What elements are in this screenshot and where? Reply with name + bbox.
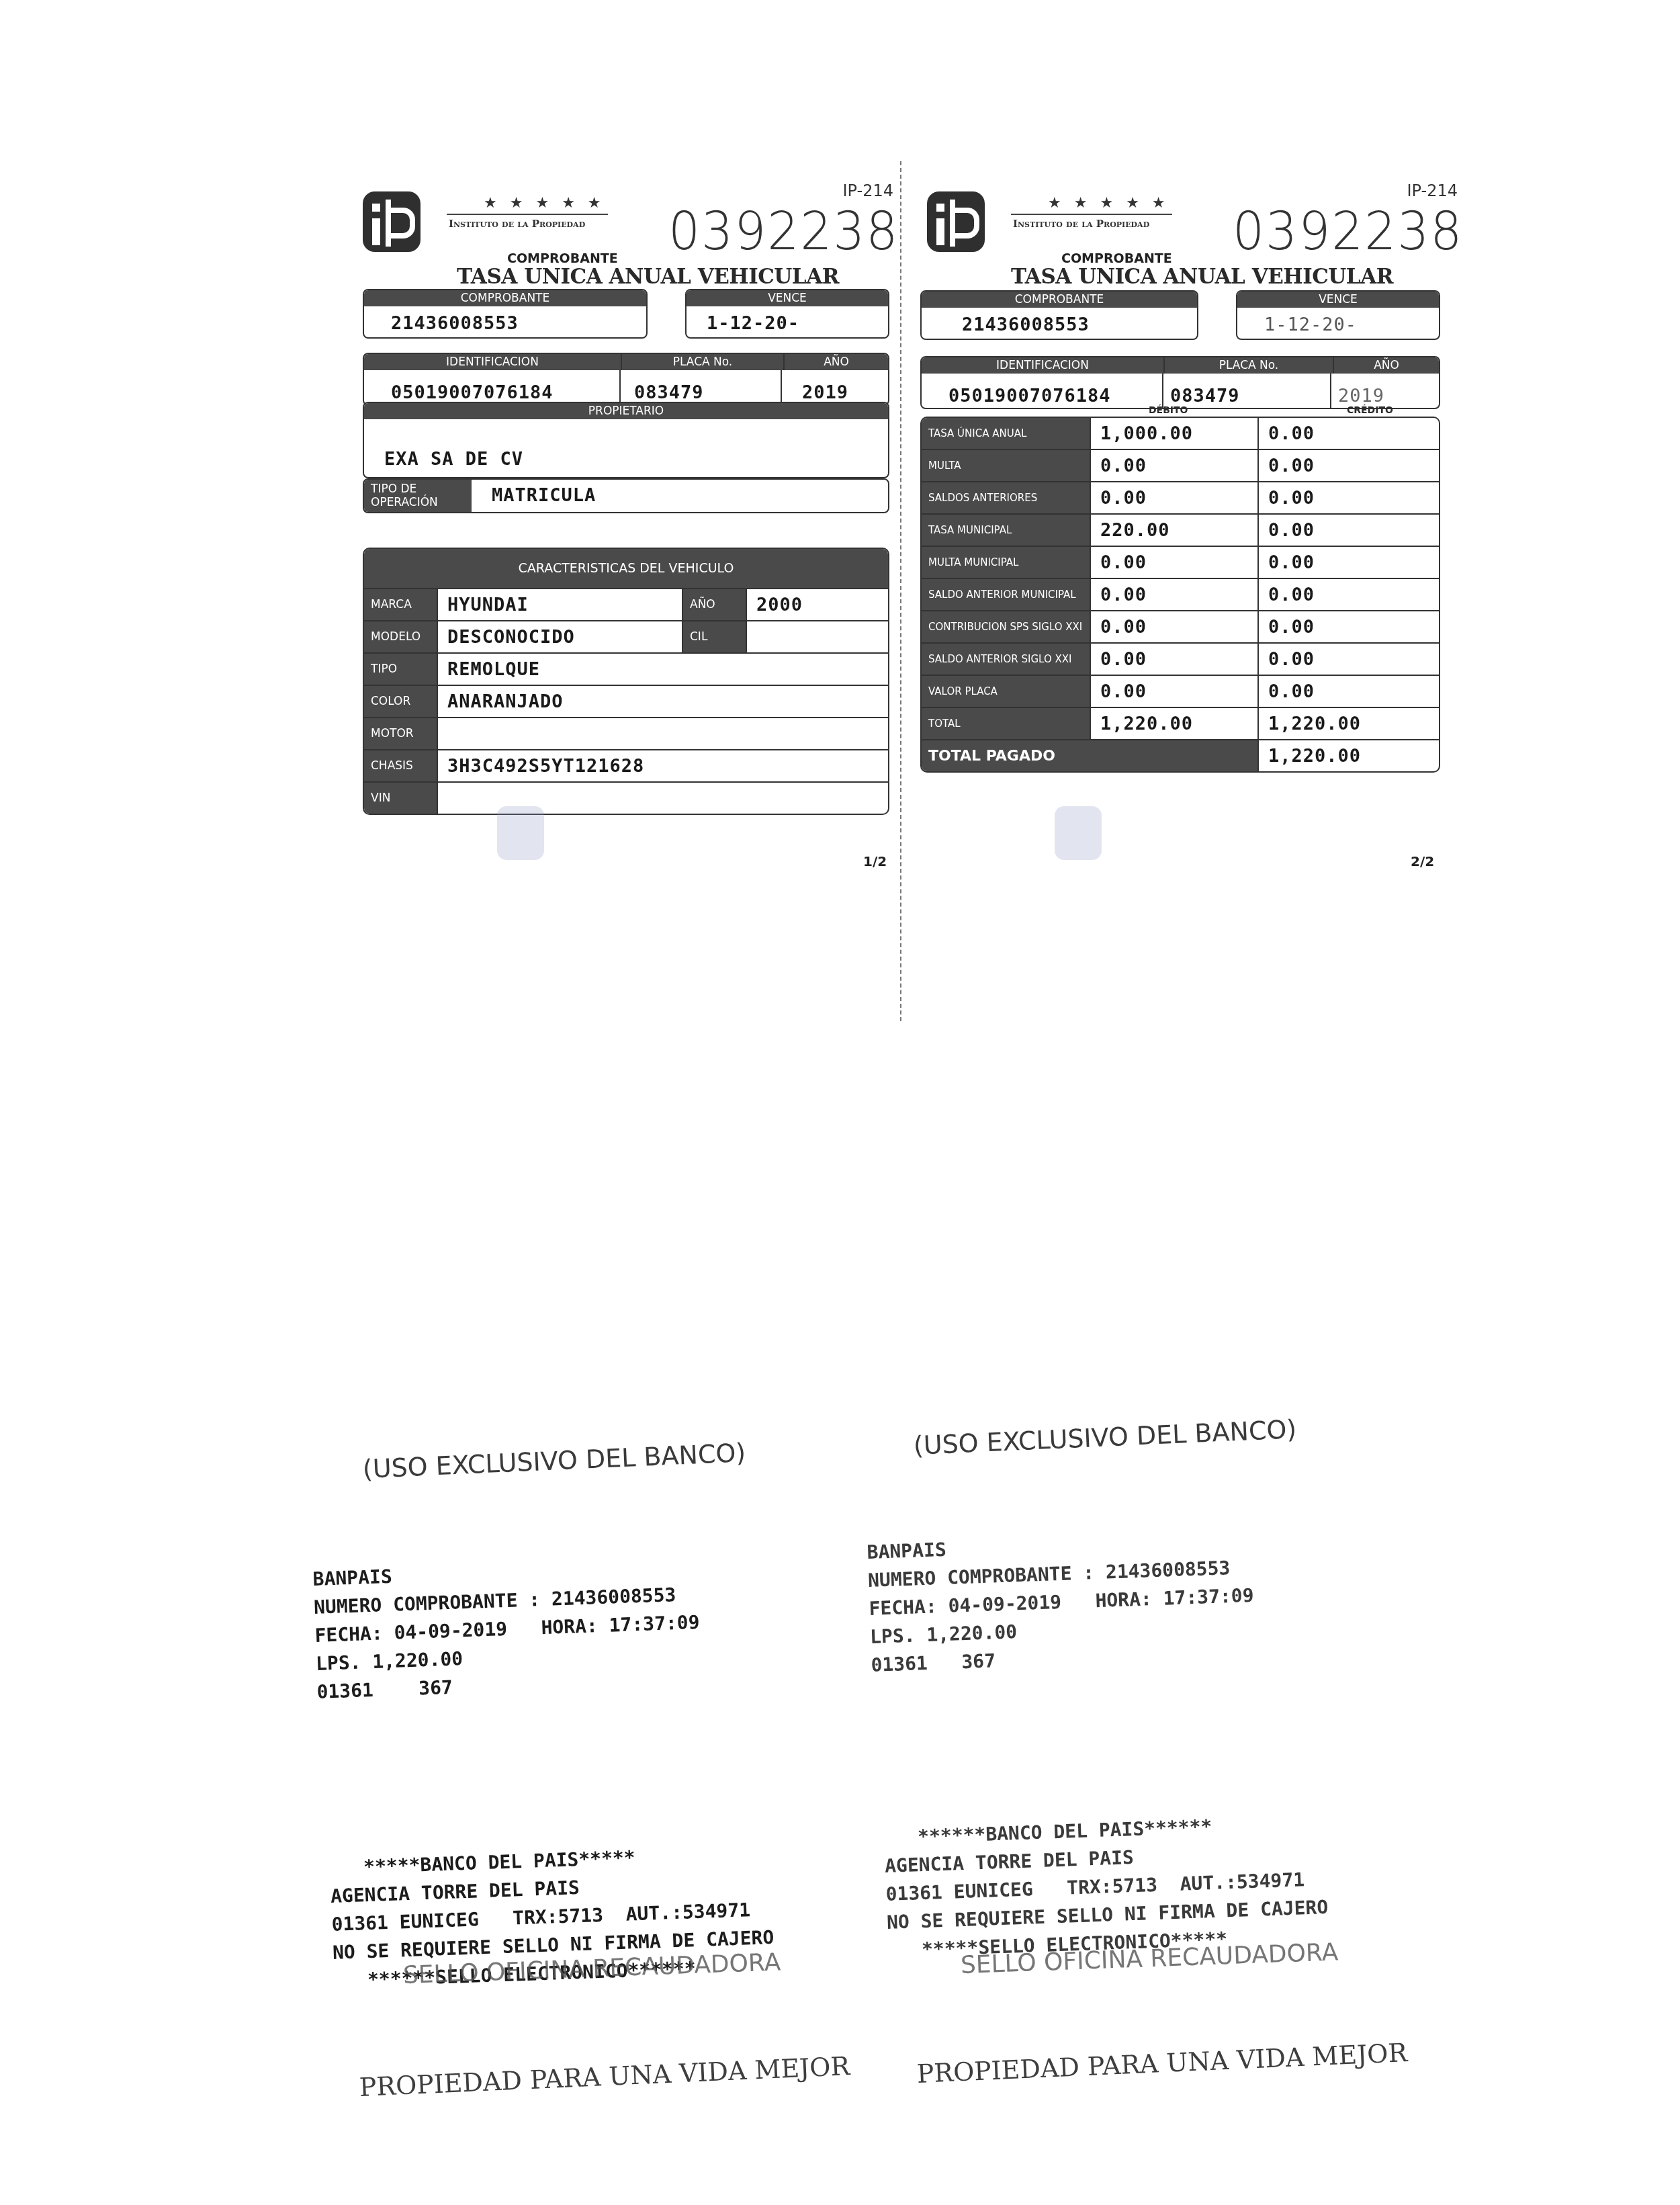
table-row: VALOR PLACA0.000.00 [922,675,1439,707]
charge-label: TASA MUNICIPAL [922,515,1090,546]
identificacion-label: IDENTIFICACION [364,354,622,370]
total-pagado-row: TOTAL PAGADO1,220.00 [922,739,1439,771]
table-row: CONTRIBUCION SPS SIGLO XXI0.000.00 [922,610,1439,642]
tipo-operacion-value: MATRICULA [472,480,596,512]
debito-value: 1,220.00 [1090,708,1257,739]
institution-name: Instituto de la Propiedad [449,218,585,230]
credito-value: 0.00 [1257,676,1439,707]
anio-label: AÑO [1334,357,1439,374]
stars-icon: ★ ★ ★ ★ ★ [484,195,605,212]
vehicle-table-header: CARACTERISTICAS DEL VEHICULO [364,549,888,588]
form-code: IP-214 [843,181,894,200]
table-row: MODELO DESCONOCIDO CIL [364,620,888,652]
tipo-operacion-label: TIPO DE OPERACIÓN [364,480,472,512]
vence-value: 1-12-20- [687,306,888,334]
divider [447,214,608,215]
credito-value: 1,220.00 [1257,708,1439,739]
debito-column-label: DÉBITO [1149,405,1188,416]
document-title: TASA UNICA ANUAL VEHICULAR [1011,265,1393,289]
comprobante-box: COMPROBANTE 21436008553 [920,290,1198,340]
charge-label: VALOR PLACA [922,676,1090,707]
serial-number: 0392238 [1233,202,1463,262]
comprobante-label: COMPROBANTE [922,292,1197,308]
vence-label: VENCE [687,290,888,306]
page-indicator: 1/2 [863,853,887,869]
stars-icon: ★ ★ ★ ★ ★ [1048,195,1169,212]
credito-value: 0.00 [1257,611,1439,642]
vin-label: VIN [364,783,437,814]
charge-label: MULTA [922,450,1090,481]
document-title: TASA UNICA ANUAL VEHICULAR [457,265,839,289]
modelo-label: MODELO [364,621,437,652]
anio-value: 2019 [782,370,888,404]
vence-box: VENCE 1-12-20- [685,289,889,339]
table-row: SALDO ANTERIOR SIGLO XXI0.000.00 [922,642,1439,675]
cil-value [746,621,888,652]
propietario-value: EXA SA DE CV [364,419,888,470]
debito-value: 0.00 [1090,482,1257,513]
debito-value: 0.00 [1090,547,1257,578]
table-row: SALDO ANTERIOR MUNICIPAL0.000.00 [922,578,1439,610]
ip-logo-icon [363,191,421,252]
debito-value: 0.00 [1090,450,1257,481]
placa-label: PLACA No. [622,354,785,370]
placa-value: 083479 [1163,374,1331,408]
table-row: TOTAL1,220.001,220.00 [922,707,1439,739]
vehicle-characteristics-table: CARACTERISTICAS DEL VEHICULO MARCA HYUND… [363,548,889,815]
table-row: TASA MUNICIPAL220.000.00 [922,513,1439,546]
bank-use-heading: (USO EXCLUSIVO DEL BANCO) [913,1414,1297,1461]
debito-value: 1,000.00 [1090,418,1257,449]
credito-value: 0.00 [1257,644,1439,675]
table-row: TIPO REMOLQUE [364,652,888,685]
total-pagado-value: 1,220.00 [1257,740,1439,771]
motor-label: MOTOR [364,718,437,749]
ano-label: AÑO [682,589,746,620]
table-row: VIN [364,781,888,814]
total-pagado-label: TOTAL PAGADO [922,740,1257,771]
divider [1011,214,1172,215]
credito-value: 0.00 [1257,418,1439,449]
bank-receipt-print: BANPAIS NUMERO COMPROBANTE : 21436008553… [312,1552,702,1706]
debito-value: 0.00 [1090,579,1257,610]
identification-box: IDENTIFICACION PLACA No. AÑO 05019007076… [920,356,1440,409]
table-row: CHASIS 3H3C492S5YT121628 [364,749,888,781]
debito-value: 0.00 [1090,676,1257,707]
anio-value: 2019 [1331,374,1439,408]
identificacion-value: 05019007076184 [364,370,621,404]
table-row: TASA ÚNICA ANUAL1,000.000.00 [922,418,1439,449]
comprobante-box: COMPROBANTE 21436008553 [363,289,648,339]
ip-logo-icon [927,191,985,252]
charge-label: CONTRIBUCION SPS SIGLO XXI [922,611,1090,642]
credito-value: 0.00 [1257,547,1439,578]
form-code: IP-214 [1407,181,1458,200]
placa-value: 083479 [621,370,782,404]
propietario-box: PROPIETARIO EXA SA DE CV [363,402,889,478]
vence-value: 1-12-20- [1237,308,1439,335]
marca-value: HYUNDAI [437,589,682,620]
bank-use-heading: (USO EXCLUSIVO DEL BANCO) [362,1438,746,1484]
institution-name: Instituto de la Propiedad [1013,218,1149,230]
modelo-value: DESCONOCIDO [437,621,682,652]
identificacion-value: 05019007076184 [922,374,1163,408]
charge-label: SALDOS ANTERIORES [922,482,1090,513]
chasis-label: CHASIS [364,750,437,781]
credito-value: 0.00 [1257,450,1439,481]
table-row: MULTA0.000.00 [922,449,1439,481]
serial-number: 0392238 [668,202,899,262]
debito-value: 0.00 [1090,644,1257,675]
page-indicator: 2/2 [1411,853,1434,869]
identification-box: IDENTIFICACION PLACA No. AÑO 05019007076… [363,353,889,406]
motto: PROPIEDAD PARA UNA VIDA MEJOR [916,2038,1408,2089]
table-row: SALDOS ANTERIORES0.000.00 [922,481,1439,513]
charge-label: TOTAL [922,708,1090,739]
anio-label: AÑO [785,354,888,370]
credito-column-label: CRÉDITO [1347,405,1393,416]
ano-value: 2000 [746,589,888,620]
debito-value: 220.00 [1090,515,1257,546]
tipo-operacion-box: TIPO DE OPERACIÓN MATRICULA [363,478,889,513]
charge-label: SALDO ANTERIOR SIGLO XXI [922,644,1090,675]
table-row: MARCA HYUNDAI AÑO 2000 [364,588,888,620]
identificacion-label: IDENTIFICACION [922,357,1165,374]
comprobante-value: 21436008553 [922,308,1197,335]
cil-label: CIL [682,621,746,652]
charges-table: TASA ÚNICA ANUAL1,000.000.00MULTA0.000.0… [920,417,1440,773]
propietario-label: PROPIETARIO [364,403,888,419]
table-row: COLOR ANARANJADO [364,685,888,717]
motto: PROPIEDAD PARA UNA VIDA MEJOR [359,2051,850,2102]
chasis-value: 3H3C492S5YT121628 [437,750,888,781]
bank-receipt-print: BANPAIS NUMERO COMPROBANTE : 21436008553… [867,1525,1256,1680]
color-label: COLOR [364,686,437,717]
tipo-label: TIPO [364,654,437,685]
credito-value: 0.00 [1257,515,1439,546]
charge-label: MULTA MUNICIPAL [922,547,1090,578]
comprobante-label: COMPROBANTE [364,290,646,306]
perforation-line [900,161,901,1021]
tipo-value: REMOLQUE [437,654,888,685]
watermark-logo-icon [1055,806,1102,860]
watermark-logo-icon [497,806,544,860]
motor-value [437,718,888,749]
placa-label: PLACA No. [1165,357,1334,374]
subtitle: COMPROBANTE [1061,251,1172,266]
table-row: MOTOR [364,717,888,749]
credito-value: 0.00 [1257,482,1439,513]
color-value: ANARANJADO [437,686,888,717]
marca-label: MARCA [364,589,437,620]
subtitle: COMPROBANTE [507,251,618,266]
charge-label: TASA ÚNICA ANUAL [922,418,1090,449]
debito-value: 0.00 [1090,611,1257,642]
table-row: MULTA MUNICIPAL0.000.00 [922,546,1439,578]
charge-label: SALDO ANTERIOR MUNICIPAL [922,579,1090,610]
vence-label: VENCE [1237,292,1439,308]
credito-value: 0.00 [1257,579,1439,610]
comprobante-value: 21436008553 [364,306,646,334]
vence-box: VENCE 1-12-20- [1236,290,1440,340]
